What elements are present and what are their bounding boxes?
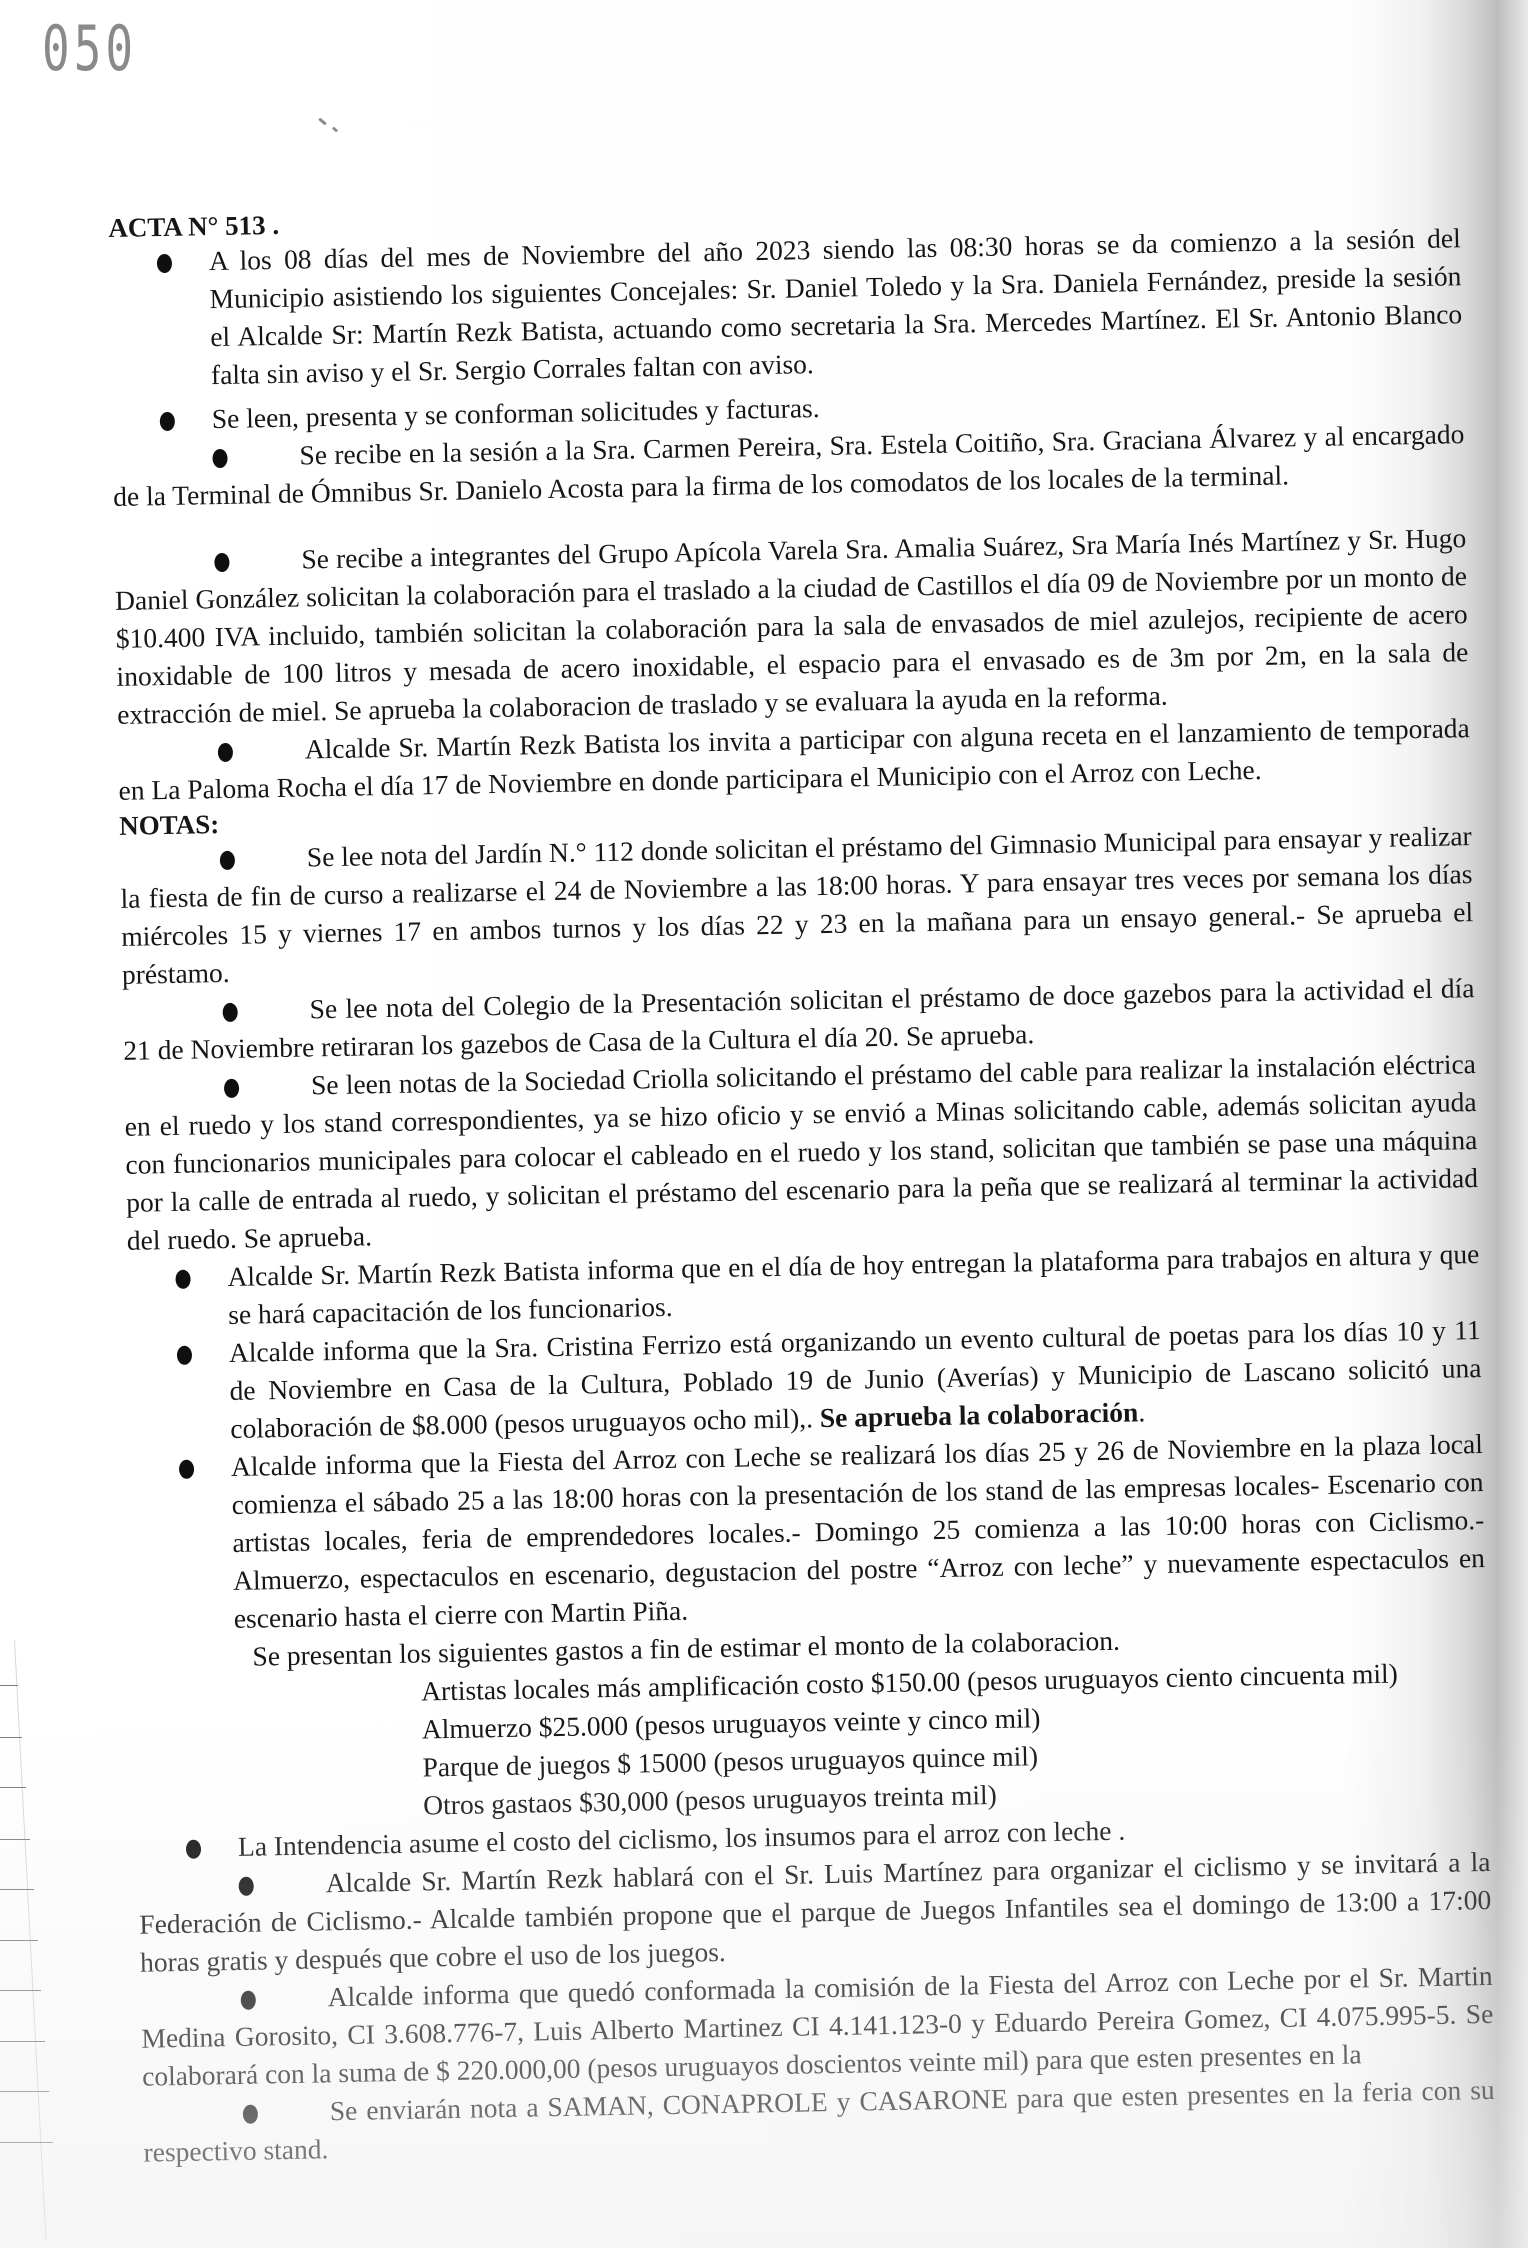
- margin-rule: [0, 2091, 49, 2092]
- nota-item-text: Alcalde informa que quedó conformada la …: [141, 1960, 1493, 2092]
- binding-margin-lines: [0, 1640, 60, 2240]
- margin-rule: [0, 1737, 22, 1738]
- nota-item-text: Alcalde Sr. Martín Rezk hablará con el S…: [139, 1846, 1491, 1978]
- scan-speck: [332, 126, 339, 132]
- bullet-icon: [214, 553, 229, 572]
- acta-item-text: A los 08 días del mes de Noviembre del a…: [209, 222, 1463, 390]
- margin-rule: [0, 1990, 41, 1991]
- margin-rule: [0, 1685, 18, 1686]
- bullet-icon: [218, 743, 233, 762]
- bullet-icon: [220, 851, 235, 870]
- nota-item-text: Se leen notas de la Sociedad Criolla sol…: [124, 1048, 1478, 1256]
- scanned-page: 050 ACTA N° 513 . A los 08 días del mes …: [0, 0, 1528, 2248]
- expenses-list: Artistas locales más amplificación costo…: [135, 1653, 1490, 1830]
- folio-stamp: 050: [42, 12, 137, 85]
- bullet-icon: [175, 1270, 190, 1289]
- bullet-icon: [179, 1460, 194, 1479]
- bullet-icon: [177, 1346, 192, 1365]
- scan-speck: [318, 117, 327, 125]
- bullet-icon: [212, 449, 227, 468]
- acta-item-text: Se recibe a integrantes del Grupo Apícol…: [115, 522, 1469, 730]
- bullet-icon: [241, 1991, 256, 2010]
- bullet-icon: [223, 1003, 238, 1022]
- bullet-icon: [186, 1840, 201, 1859]
- bullet-icon: [157, 254, 172, 273]
- approval-bold-text: Se aprueba la colaboración: [820, 1396, 1139, 1433]
- nota-item-text: Alcalde informa que la Fiesta del Arroz …: [231, 1428, 1485, 1634]
- nota-item: Se lee nota del Jardín N.° 112 donde sol…: [120, 817, 1475, 994]
- nota-item: Se leen notas de la Sociedad Criolla sol…: [124, 1045, 1479, 1260]
- margin-rule: [0, 1787, 26, 1788]
- minutes-body: ACTA N° 513 . A los 08 días del mes de N…: [108, 187, 1496, 2171]
- bullet-icon: [224, 1079, 239, 1098]
- nota-item-text: Se lee nota del Jardín N.° 112 donde sol…: [120, 820, 1473, 990]
- bullet-icon: [239, 1877, 254, 1896]
- margin-rule: [0, 2142, 53, 2143]
- nota-item: Alcalde informa que la Fiesta del Arroz …: [131, 1425, 1486, 1640]
- margin-rule: [0, 1940, 38, 1941]
- punctuation: .: [1138, 1396, 1145, 1427]
- bullet-icon: [160, 412, 175, 431]
- margin-rule: [0, 1839, 30, 1840]
- margin-rule: [0, 1889, 34, 1890]
- margin-rule: [0, 2041, 45, 2042]
- bullet-icon: [243, 2105, 258, 2124]
- acta-item: Se recibe a integrantes del Grupo Apícol…: [114, 519, 1469, 734]
- acta-item: A los 08 días del mes de Noviembre del a…: [109, 219, 1464, 396]
